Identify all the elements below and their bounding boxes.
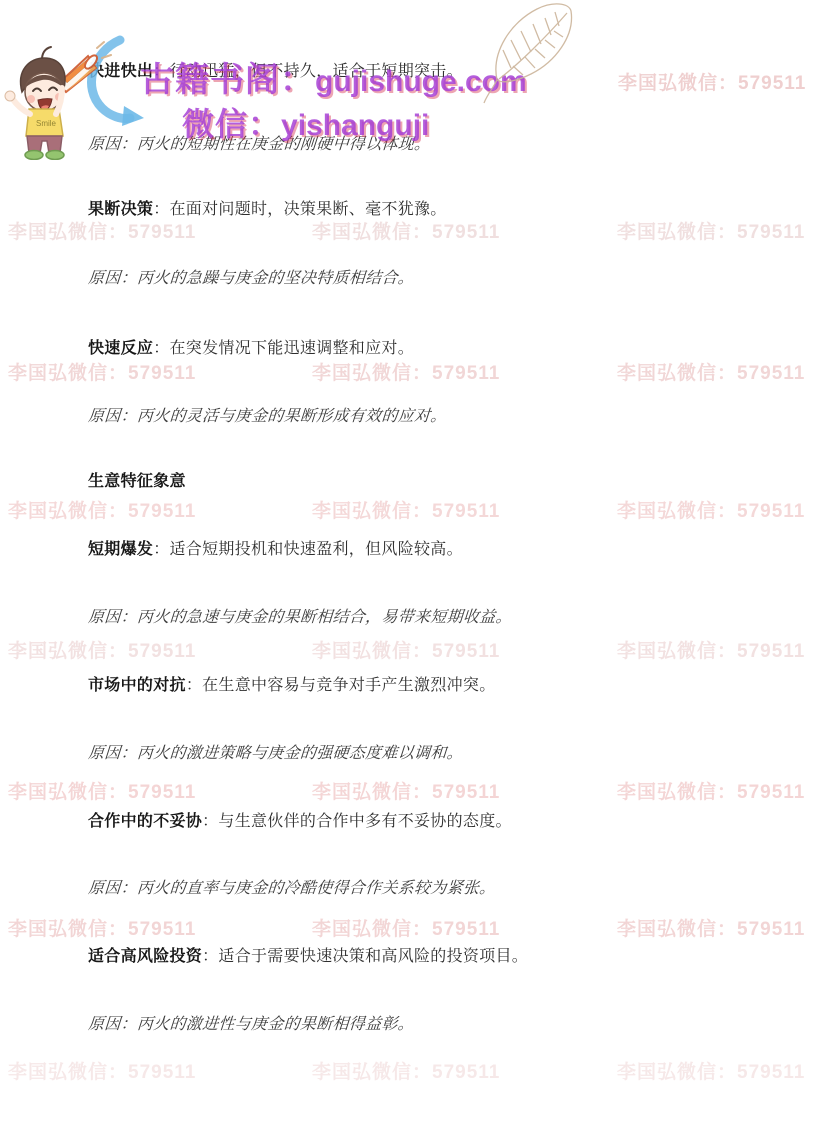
anti-piracy-watermark: 李国弘微信：579511 [8, 1057, 196, 1084]
anti-piracy-watermark: 李国弘微信：579511 [312, 1057, 500, 1084]
term-label: 短期爆发 [88, 541, 153, 558]
anti-piracy-watermark: 李国弘微信：579511 [312, 914, 500, 941]
anti-piracy-watermark: 李国弘微信：579511 [8, 777, 196, 804]
anti-piracy-watermark: 李国弘微信：579511 [617, 914, 805, 941]
svg-text:Smile: Smile [36, 119, 57, 128]
term-label: 市场中的对抗 [88, 677, 186, 694]
paragraph-text: ：在突发情况下能迅速调整和应对。 [153, 340, 414, 357]
anti-piracy-watermark: 李国弘微信：579511 [617, 1057, 805, 1084]
paragraph-reason: 原因：丙火的急躁与庚金的坚决特质相结合。 [87, 269, 414, 289]
anti-piracy-watermark: 李国弘微信：579511 [617, 217, 805, 244]
paragraph-text: ：适合于需要快速决策和高风险的投资项目。 [202, 948, 528, 965]
anti-piracy-watermark: 李国弘微信：579511 [312, 358, 500, 385]
paragraph-lead: 果断决策：在面对问题时，决策果断、毫不犹豫。 [88, 200, 447, 220]
anti-piracy-watermark: 李国弘微信：579511 [312, 496, 500, 523]
term-label: 快速反应 [88, 340, 153, 357]
anti-piracy-watermark: 李国弘微信：579511 [618, 68, 806, 95]
term-label: 适合高风险投资 [88, 948, 202, 965]
anti-piracy-watermark: 李国弘微信：579511 [8, 217, 196, 244]
paragraph-lead: 快进快出：行动迅猛，但不持久，适合于短期突击。 [88, 62, 463, 82]
anti-piracy-watermark: 李国弘微信：579511 [617, 777, 805, 804]
paragraph-lead: 短期爆发：适合短期投机和快速盈利，但风险较高。 [88, 540, 463, 560]
anti-piracy-watermark: 李国弘微信：579511 [617, 636, 805, 663]
paragraph-text: ：适合短期投机和快速盈利，但风险较高。 [153, 541, 463, 558]
paragraph-reason: 原因：丙火的急速与庚金的果断相结合，易带来短期收益。 [87, 608, 512, 628]
paragraph-reason: 原因：丙火的短期性在庚金的刚硬中得以体现。 [87, 135, 431, 155]
term-label: 合作中的不妥协 [88, 813, 202, 830]
leaf-sketch-icon [483, 0, 583, 105]
paragraph-lead: 快速反应：在突发情况下能迅速调整和应对。 [88, 339, 414, 359]
paragraph-reason: 原因：丙火的激进策略与庚金的强硬态度难以调和。 [87, 744, 463, 764]
paragraph-lead: 合作中的不妥协：与生意伙伴的合作中多有不妥协的态度。 [88, 812, 512, 832]
paragraph-text: ：在面对问题时，决策果断、毫不犹豫。 [153, 201, 446, 218]
paragraph-reason: 原因：丙火的激进性与庚金的果断相得益彰。 [87, 1015, 414, 1035]
anti-piracy-watermark: 李国弘微信：579511 [8, 496, 196, 523]
anti-piracy-watermark: 李国弘微信：579511 [312, 217, 500, 244]
paragraph-reason: 原因：丙火的灵活与庚金的果断形成有效的应对。 [87, 407, 447, 427]
term-label: 果断决策 [88, 201, 153, 218]
section-heading: 生意特征象意 [88, 472, 186, 492]
anti-piracy-watermark: 李国弘微信：579511 [8, 358, 196, 385]
paragraph-lead: 市场中的对抗：在生意中容易与竞争对手产生激烈冲突。 [88, 676, 496, 696]
blue-swoosh-arrow-icon [78, 30, 168, 140]
anti-piracy-watermark: 李国弘微信：579511 [617, 358, 805, 385]
paragraph-reason: 原因：丙火的直率与庚金的冷酷使得合作关系较为紧张。 [87, 879, 496, 899]
paragraph-text: ：在生意中容易与竞争对手产生激烈冲突。 [186, 677, 496, 694]
paragraph-text: ：行动迅猛，但不持久，适合于短期突击。 [153, 63, 463, 80]
anti-piracy-watermark: 李国弘微信：579511 [312, 777, 500, 804]
term-label: 快进快出 [88, 63, 153, 80]
anti-piracy-watermark: 李国弘微信：579511 [617, 496, 805, 523]
anti-piracy-watermark: 李国弘微信：579511 [8, 636, 196, 663]
document-page: 李国弘微信：579511 李国弘微信：579511 李国弘微信：579511 李… [0, 0, 837, 1135]
paragraph-text: ：与生意伙伴的合作中多有不妥协的态度。 [202, 813, 512, 830]
anti-piracy-watermark: 李国弘微信：579511 [8, 914, 196, 941]
paragraph-lead: 适合高风险投资：适合于需要快速决策和高风险的投资项目。 [88, 947, 528, 967]
anti-piracy-watermark: 李国弘微信：579511 [312, 636, 500, 663]
